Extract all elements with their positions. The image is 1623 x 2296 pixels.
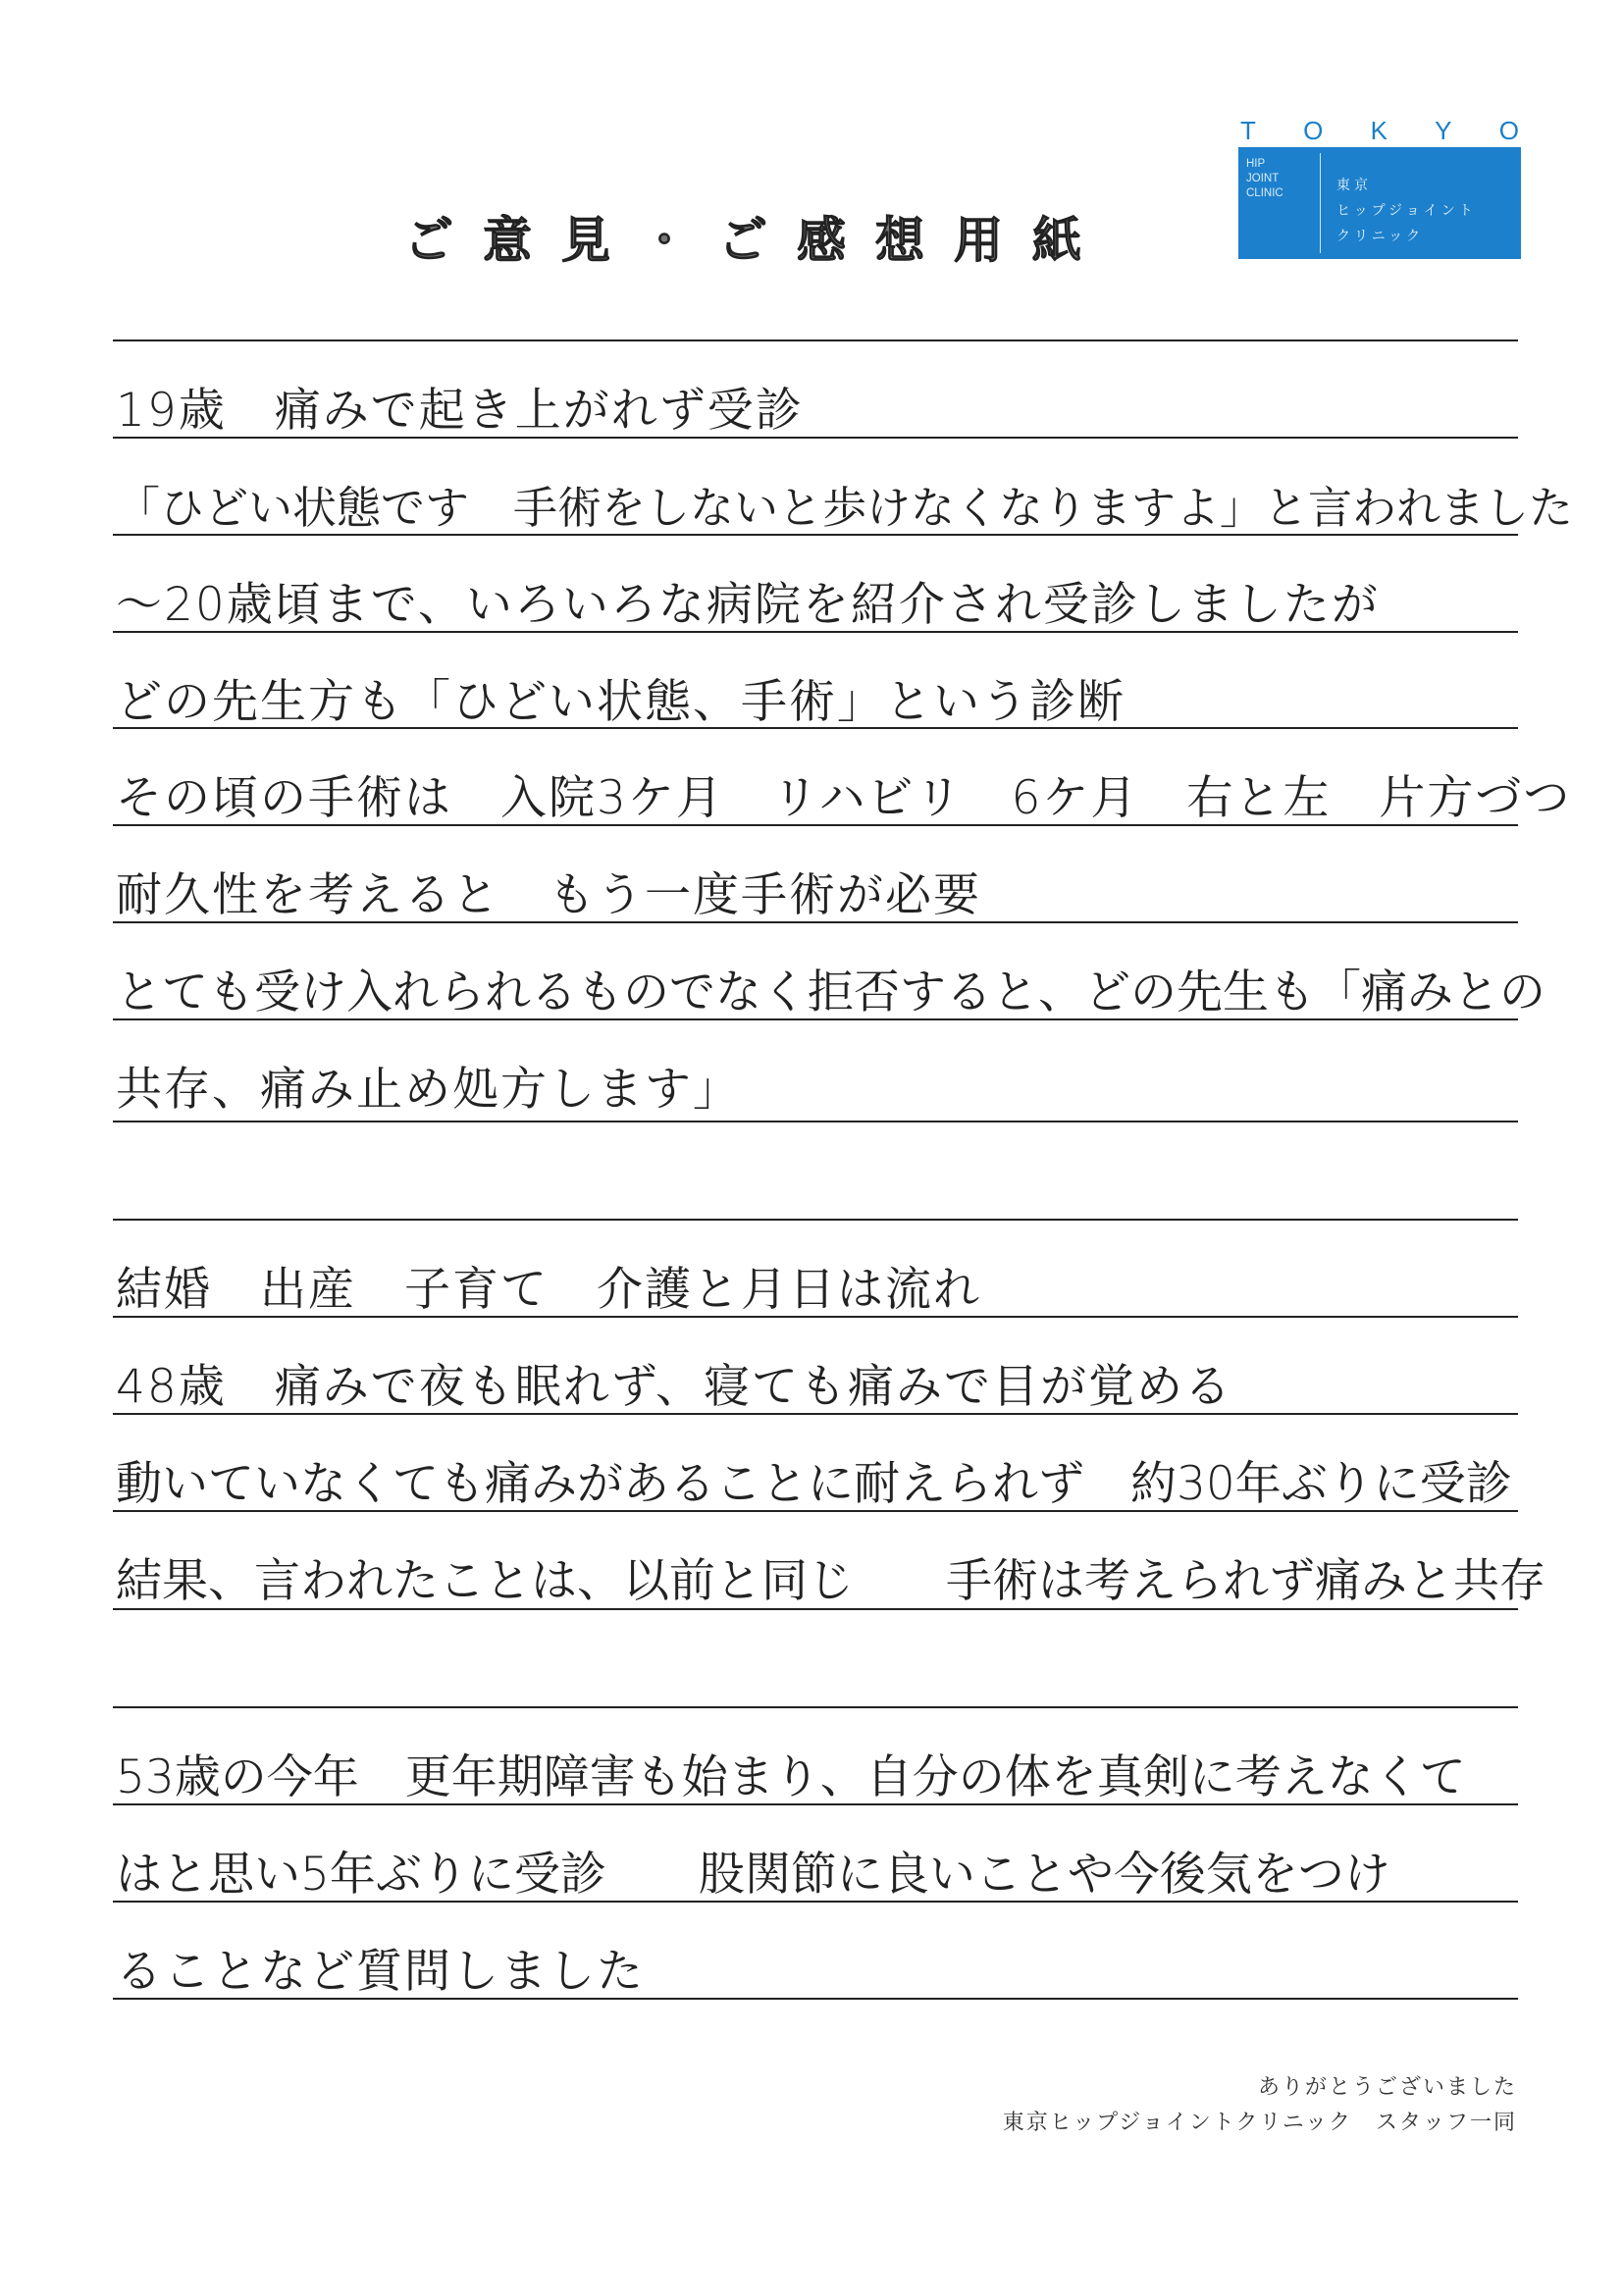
logo-en-line: CLINIC xyxy=(1246,186,1320,201)
handwritten-line: ～20歳頃まで、いろいろな病院を紹介され受診しましたが xyxy=(116,581,1380,630)
handwritten-line: 53歳の今年 更年期障害も始まり、自分の体を真剣に考えなくて xyxy=(116,1753,1466,1802)
handwritten-line: 結果、言われたことは、以前と同じ 手術は考えられず痛みと共存 xyxy=(116,1557,1545,1606)
clinic-logo: T O K Y O HIP JOINT CLINIC 東京 ヒップジョイント ク… xyxy=(1238,116,1521,259)
handwritten-line: 19歳 痛みで起き上がれず受診 xyxy=(116,387,804,436)
page-title: ご意見・ご感想用紙 xyxy=(404,201,1111,272)
logo-en-line: HIP xyxy=(1246,157,1320,172)
ruled-line xyxy=(113,1608,1518,1610)
footer-signature: 東京ヒップジョイントクリニック スタッフ一同 xyxy=(1003,2106,1517,2136)
logo-letter: O xyxy=(1303,116,1323,145)
logo-ja-line: 東京 xyxy=(1336,173,1477,198)
handwritten-line: はと思い5年ぶりに受診 股関節に良いことや今後気をつけ xyxy=(116,1851,1390,1900)
logo-box: HIP JOINT CLINIC 東京 ヒップジョイント クリニック xyxy=(1238,147,1521,259)
handwritten-line: ることなど質問しました xyxy=(116,1948,645,1997)
handwritten-line: その頃の手術は 入院3ケ月 リハビリ 6ケ月 右と左 片方づつ xyxy=(116,774,1571,823)
logo-letter: T xyxy=(1240,116,1256,145)
logo-letter: O xyxy=(1499,116,1519,145)
logo-ja-line: ヒップジョイント xyxy=(1336,198,1477,224)
handwritten-line: 「ひどい状態です 手術をしないと歩けなくなりますよ」と言われました xyxy=(116,484,1573,533)
footer-thanks: ありがとうございました xyxy=(1258,2070,1517,2101)
handwritten-line: 共存、痛み止め処方します」 xyxy=(116,1066,741,1115)
ruled-line xyxy=(113,534,1518,536)
logo-letter: Y xyxy=(1435,116,1451,145)
logo-city-word: T O K Y O xyxy=(1238,116,1521,145)
handwritten-line: 結婚 出産 子育て 介護と月日は流れ xyxy=(116,1266,981,1315)
logo-ja-line: クリニック xyxy=(1336,224,1477,249)
logo-ja: 東京 ヒップジョイント クリニック xyxy=(1321,147,1477,259)
handwritten-line: とても受け入れられるものでなく拒否すると、どの先生も「痛みとの xyxy=(116,968,1545,1018)
logo-en-line: JOINT xyxy=(1246,172,1320,186)
handwritten-line: どの先生方も「ひどい状態、手術」という診断 xyxy=(116,678,1126,727)
handwritten-line: 動いていなくても痛みがあることに耐えられず 約30年ぶりに受診 xyxy=(116,1460,1512,1509)
logo-en: HIP JOINT CLINIC xyxy=(1238,153,1321,253)
ruled-line xyxy=(113,1219,1518,1221)
ruled-line xyxy=(113,339,1518,341)
ruled-line xyxy=(113,1706,1518,1708)
ruled-line xyxy=(113,1121,1518,1122)
logo-letter: K xyxy=(1371,116,1387,145)
handwritten-line: 48歳 痛みで夜も眠れず、寝ても痛みで目が覚める xyxy=(116,1363,1232,1412)
handwritten-line: 耐久性を考えると もう一度手術が必要 xyxy=(116,871,981,920)
